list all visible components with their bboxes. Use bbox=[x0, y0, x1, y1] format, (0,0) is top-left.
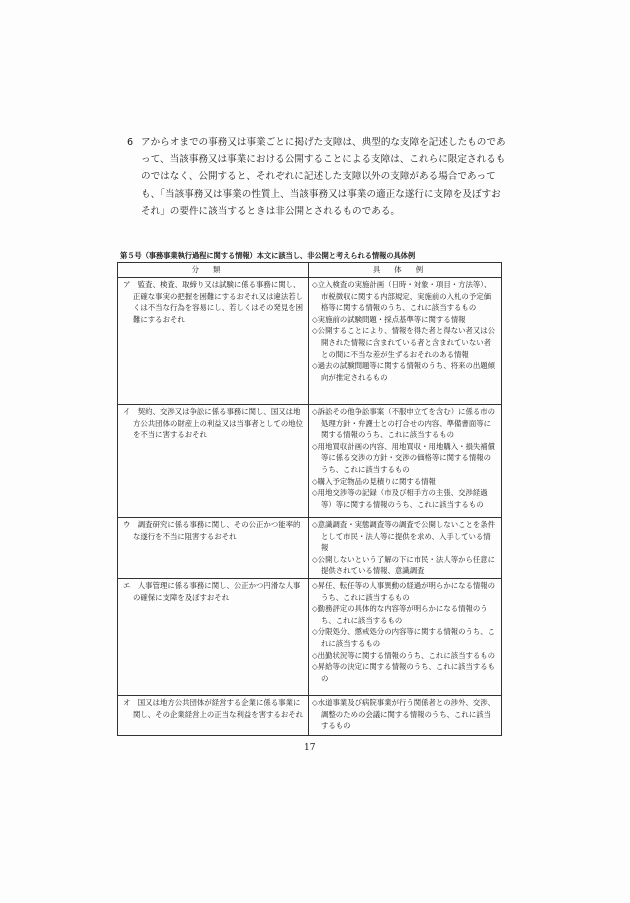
examples-cell: ◇意識調査・実態調査等の調査で公開しないことを条件として市民・法人等に提供を求め… bbox=[309, 518, 502, 579]
example-item: ◇意識調査・実態調査等の調査で公開しないことを条件として市民・法人等に提供を求め… bbox=[312, 519, 498, 554]
paragraph-text: アからオまでの事務又は事業ごとに掲げた支障は、典型的な支障を記述したものであって… bbox=[141, 134, 507, 220]
category-cell: ウ 調査研究に係る事務に関し、その公正かつ能率的な遂行を不当に阻害するおそれ bbox=[118, 518, 309, 579]
category-cell: ア 監査、検査、取締り又は試験に係る事務に関し、正確な事実の把握を困難にするおそ… bbox=[118, 278, 309, 405]
example-item: ◇水道事業及び病院事業が行う関係者との渉外、交渉、調整のための会議に関する情報の… bbox=[312, 697, 498, 732]
example-item: ◇出勤状況等に関する情報のうち、これに該当するもの bbox=[312, 650, 498, 662]
category-text: ウ 調査研究に係る事務に関し、その公正かつ能率的な遂行を不当に阻害するおそれ bbox=[121, 519, 305, 542]
table-row: オ 国又は地方公共団体が経営する企業に係る事業に関し、その企業経営上の正当な利益… bbox=[118, 695, 502, 735]
example-item: ◇立入検査の実施計画（日時・対象・項目・方法等）、市税徴収に関する内部規定、実施… bbox=[312, 279, 498, 314]
table-row: ア 監査、検査、取締り又は試験に係る事務に関し、正確な事実の把握を困難にするおそ… bbox=[118, 278, 502, 405]
example-item: ◇過去の試験問題等に関する情報のうち、将来の出題傾向が推定されるもの bbox=[312, 360, 498, 383]
paragraph-number: 6 bbox=[127, 134, 133, 151]
example-item: ◇用地交渉等の記録（市及び相手方の主張、交渉経過等）等に関する情報のうち、これに… bbox=[312, 487, 498, 510]
category-cell: エ 人事管理に係る事務に関し、公正かつ円滑な人事の確保に支障を及ぼすおそれ bbox=[118, 578, 309, 695]
examples-cell: ◇水道事業及び病院事業が行う関係者との渉外、交渉、調整のための会議に関する情報の… bbox=[309, 695, 502, 735]
examples-table: 分類 具体例 ア 監査、検査、取締り又は試験に係る事務に関し、正確な事実の把握を… bbox=[117, 262, 502, 736]
note-paragraph: 6 アからオまでの事務又は事業ごとに掲げた支障は、典型的な支障を記述したものであ… bbox=[127, 134, 507, 220]
header-category: 分類 bbox=[118, 263, 309, 278]
table-caption: 第５号（事務事業執行過程に関する情報）本文に該当し、非公開と考えられる情報の具体… bbox=[120, 251, 415, 261]
category-text: オ 国又は地方公共団体が経営する企業に係る事業に関し、その企業経営上の正当な利益… bbox=[121, 697, 305, 720]
example-item: ◇勤務評定の具体的な内容等が明らかになる情報のうち、これに該当するもの bbox=[312, 603, 498, 626]
table-header-row: 分類 具体例 bbox=[118, 263, 502, 278]
example-item: ◇昇給等の決定に関する情報のうち、これに該当するもの bbox=[312, 661, 498, 684]
category-text: イ 契約、交渉又は争訟に係る事務に関し、国又は地方公共団体の財産上の利益又は当事… bbox=[121, 406, 305, 441]
table-row: イ 契約、交渉又は争訟に係る事務に関し、国又は地方公共団体の財産上の利益又は当事… bbox=[118, 405, 502, 518]
example-item: ◇分限処分、懲戒処分の内容等に関する情報のうち、これに該当するもの bbox=[312, 626, 498, 649]
category-text: ア 監査、検査、取締り又は試験に係る事務に関し、正確な事実の把握を困難にするおそ… bbox=[121, 279, 305, 325]
examples-cell: ◇昇任、転任等の人事異動の経過が明らかになる情報のうち、これに該当するもの ◇勤… bbox=[309, 578, 502, 695]
category-text: エ 人事管理に係る事務に関し、公正かつ円滑な人事の確保に支障を及ぼすおそれ bbox=[121, 580, 305, 603]
example-item: ◇公開することにより、情報を得た者と得ない者又は公開された情報に含まれている者と… bbox=[312, 325, 498, 360]
header-examples: 具体例 bbox=[309, 263, 502, 278]
table-row: ウ 調査研究に係る事務に関し、その公正かつ能率的な遂行を不当に阻害するおそれ ◇… bbox=[118, 518, 502, 579]
category-cell: イ 契約、交渉又は争訟に係る事務に関し、国又は地方公共団体の財産上の利益又は当事… bbox=[118, 405, 309, 518]
example-item: ◇訴訟その他争訟事案（不服申立てを含む）に係る市の処理方針・弁護士との打合せの内… bbox=[312, 406, 498, 441]
table-row: エ 人事管理に係る事務に関し、公正かつ円滑な人事の確保に支障を及ぼすおそれ ◇昇… bbox=[118, 578, 502, 695]
example-item: ◇購入予定物品の見積りに関する情報 bbox=[312, 476, 498, 488]
category-cell: オ 国又は地方公共団体が経営する企業に係る事業に関し、その企業経営上の正当な利益… bbox=[118, 695, 309, 735]
example-item: ◇公開しないという了解の下に市民・法人等から任意に提供されている情報、意識調査 bbox=[312, 554, 498, 577]
document-page: 6 アからオまでの事務又は事業ごとに掲げた支障は、典型的な支障を記述したものであ… bbox=[0, 0, 630, 903]
examples-cell: ◇立入検査の実施計画（日時・対象・項目・方法等）、市税徴収に関する内部規定、実施… bbox=[309, 278, 502, 405]
example-item: ◇昇任、転任等の人事異動の経過が明らかになる情報のうち、これに該当するもの bbox=[312, 580, 498, 603]
examples-cell: ◇訴訟その他争訟事案（不服申立てを含む）に係る市の処理方針・弁護士との打合せの内… bbox=[309, 405, 502, 518]
example-item: ◇実施前の試験問題・採点基準等に関する情報 bbox=[312, 314, 498, 326]
page-number: 17 bbox=[304, 743, 315, 753]
example-item: ◇用地買収計画の内容、用地買収・用地購入・損失補償等に係る交渉の方針・交渉の価格… bbox=[312, 441, 498, 476]
